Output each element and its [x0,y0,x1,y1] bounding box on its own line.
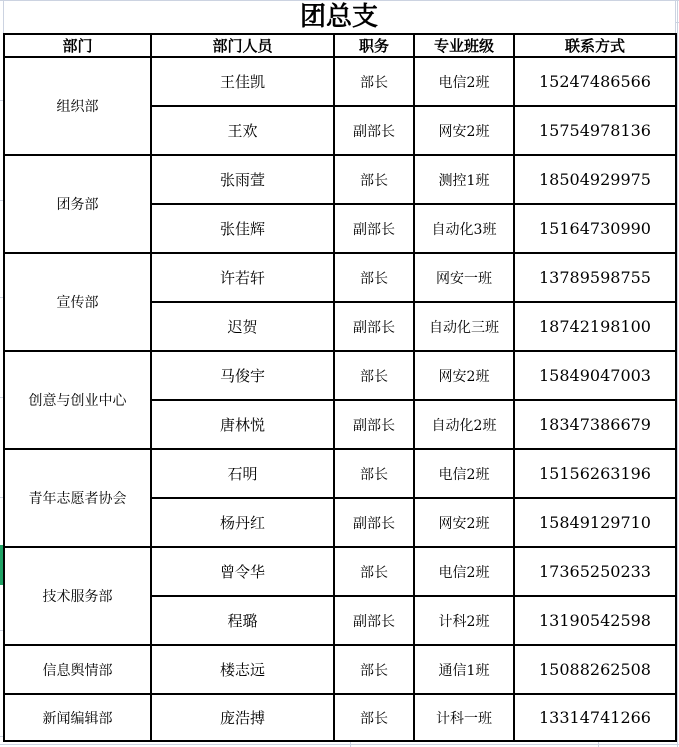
phone-cell[interactable]: 15156263196 [514,449,676,498]
class-cell[interactable]: 计科一班 [414,694,514,741]
class-cell[interactable]: 计科2班 [414,596,514,645]
column-header[interactable]: 专业班级 [414,34,514,57]
department-cell[interactable]: 创意与创业中心 [4,351,151,449]
phone-cell[interactable]: 15164730990 [514,204,676,253]
department-cell[interactable]: 技术服务部 [4,547,151,645]
member-name-cell[interactable]: 庞浩搏 [151,694,334,741]
table-row: 组织部王佳凯部长电信2班15247486566 [4,57,676,106]
header-row: 部门部门人员职务专业班级联系方式 [4,34,676,57]
position-cell[interactable]: 部长 [334,449,414,498]
phone-cell[interactable]: 13190542598 [514,596,676,645]
member-name-cell[interactable]: 马俊宇 [151,351,334,400]
department-cell[interactable]: 团务部 [4,155,151,253]
sheet-gridline-title-right [675,0,676,33]
roster-sheet: 团总支 部门部门人员职务专业班级联系方式 组织部王佳凯部长电信2班1524748… [3,2,675,742]
column-header[interactable]: 联系方式 [514,34,676,57]
member-name-cell[interactable]: 程璐 [151,596,334,645]
class-cell[interactable]: 自动化2班 [414,400,514,449]
table-row: 青年志愿者协会石明部长电信2班15156263196 [4,449,676,498]
position-cell[interactable]: 部长 [334,645,414,694]
table-row: 宣传部许若轩部长网安一班13789598755 [4,253,676,302]
position-cell[interactable]: 部长 [334,351,414,400]
class-cell[interactable]: 电信2班 [414,547,514,596]
position-cell[interactable]: 副部长 [334,596,414,645]
class-cell[interactable]: 自动化三班 [414,302,514,351]
table-row: 团务部张雨萱部长测控1班18504929975 [4,155,676,204]
phone-cell[interactable]: 15849129710 [514,498,676,547]
department-cell[interactable]: 宣传部 [4,253,151,351]
sheet-gridline-top [0,0,679,1]
table-row: 创意与创业中心马俊宇部长网安2班15849047003 [4,351,676,400]
class-cell[interactable]: 自动化3班 [414,204,514,253]
phone-cell[interactable]: 15088262508 [514,645,676,694]
table-title-cell[interactable]: 团总支 [3,2,675,33]
member-name-cell[interactable]: 曾令华 [151,547,334,596]
sheet-gridline-right [677,0,678,747]
position-cell[interactable]: 副部长 [334,106,414,155]
position-cell[interactable]: 副部长 [334,400,414,449]
phone-cell[interactable]: 18347386679 [514,400,676,449]
sheet-gridline-topright-stub [675,22,679,23]
phone-cell[interactable]: 13314741266 [514,694,676,741]
phone-cell[interactable]: 17365250233 [514,547,676,596]
phone-cell[interactable]: 15247486566 [514,57,676,106]
phone-cell[interactable]: 13789598755 [514,253,676,302]
position-cell[interactable]: 副部长 [334,204,414,253]
member-name-cell[interactable]: 许若轩 [151,253,334,302]
phone-cell[interactable]: 15754978136 [514,106,676,155]
class-cell[interactable]: 网安2班 [414,351,514,400]
roster-table: 部门部门人员职务专业班级联系方式 组织部王佳凯部长电信2班15247486566… [3,33,677,742]
table-row: 新闻编辑部庞浩搏部长计科一班13314741266 [4,694,676,741]
department-cell[interactable]: 组织部 [4,57,151,155]
phone-cell[interactable]: 18742198100 [514,302,676,351]
department-cell[interactable]: 信息舆情部 [4,645,151,694]
column-header[interactable]: 职务 [334,34,414,57]
position-cell[interactable]: 副部长 [334,302,414,351]
position-cell[interactable]: 部长 [334,57,414,106]
column-header[interactable]: 部门 [4,34,151,57]
class-cell[interactable]: 通信1班 [414,645,514,694]
sheet-gridline-bottom [0,744,679,745]
position-cell[interactable]: 部长 [334,547,414,596]
department-cell[interactable]: 青年志愿者协会 [4,449,151,547]
table-row: 信息舆情部楼志远部长通信1班15088262508 [4,645,676,694]
member-name-cell[interactable]: 王佳凯 [151,57,334,106]
phone-cell[interactable]: 18504929975 [514,155,676,204]
class-cell[interactable]: 网安2班 [414,498,514,547]
member-name-cell[interactable]: 张雨萱 [151,155,334,204]
class-cell[interactable]: 电信2班 [414,57,514,106]
position-cell[interactable]: 副部长 [334,498,414,547]
member-name-cell[interactable]: 迟贺 [151,302,334,351]
department-cell[interactable]: 新闻编辑部 [4,694,151,741]
member-name-cell[interactable]: 王欢 [151,106,334,155]
column-header[interactable]: 部门人员 [151,34,334,57]
member-name-cell[interactable]: 楼志远 [151,645,334,694]
class-cell[interactable]: 电信2班 [414,449,514,498]
class-cell[interactable]: 网安一班 [414,253,514,302]
member-name-cell[interactable]: 张佳辉 [151,204,334,253]
class-cell[interactable]: 测控1班 [414,155,514,204]
position-cell[interactable]: 部长 [334,253,414,302]
position-cell[interactable]: 部长 [334,694,414,741]
position-cell[interactable]: 部长 [334,155,414,204]
class-cell[interactable]: 网安2班 [414,106,514,155]
member-name-cell[interactable]: 唐林悦 [151,400,334,449]
member-name-cell[interactable]: 石明 [151,449,334,498]
table-row: 技术服务部曾令华部长电信2班17365250233 [4,547,676,596]
member-name-cell[interactable]: 杨丹红 [151,498,334,547]
phone-cell[interactable]: 15849047003 [514,351,676,400]
